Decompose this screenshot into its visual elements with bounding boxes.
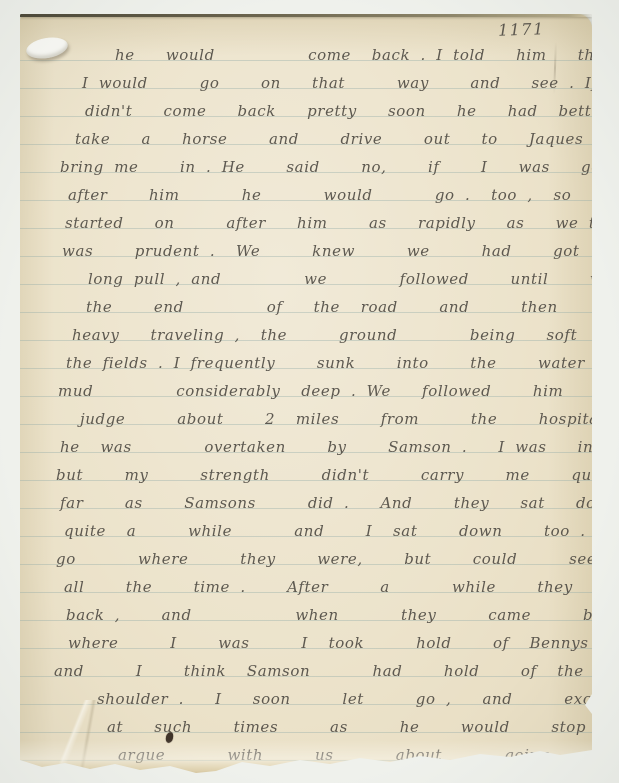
handwriting-line: the end of the road and then it was: [20, 293, 592, 321]
page-number: 1171: [498, 19, 545, 40]
handwriting-line: take a horse and drive out to Jaques and: [20, 125, 592, 153]
handwriting-line: started on after him as rapidly as we th…: [20, 209, 592, 237]
handwriting-line: where I was I took hold of Bennys should…: [20, 629, 592, 657]
handwriting-line: I would go on that way and see . If I: [20, 69, 592, 97]
handwriting-line: long pull , and we followed until we cam…: [20, 265, 592, 293]
handwritten-text-block: he would come back . I told him thatI wo…: [20, 41, 592, 769]
handwriting-line: judge about 2 miles from the hospital wh…: [20, 405, 592, 433]
handwriting-line: back , and when they came back: [20, 601, 592, 629]
handwriting-line: mud considerably deep . We followed him …: [20, 377, 592, 405]
torn-edge-highlight: [20, 740, 592, 774]
handwriting-line: far as Samsons did . And they sat down: [20, 489, 592, 517]
handwriting-line: he was overtaken by Samson . I was in si…: [20, 433, 592, 461]
handwriting-line: bring me in . He said no, if I was going: [20, 153, 592, 181]
handwriting-line: was prudent . We knew we had got quite a: [20, 237, 592, 265]
handwriting-line: quite a while and I sat down too . I did…: [20, 517, 592, 545]
scanned-document: 1171 he would come back . I told him tha…: [0, 0, 619, 783]
handwriting-line: he would come back . I told him that: [20, 41, 592, 69]
handwriting-line: go where they were, but could see them: [20, 545, 592, 573]
paper-top-edge: [20, 14, 592, 17]
handwriting-line: heavy traveling , the ground being soft …: [20, 321, 592, 349]
handwriting-line: all the time . After a while they starte…: [20, 573, 592, 601]
handwriting-line: and I think Samson had hold of the other: [20, 657, 592, 685]
handwriting-line: didn't come back pretty soon he had bett…: [20, 97, 592, 125]
manuscript-paper: 1171 he would come back . I told him tha…: [20, 14, 592, 779]
handwriting-line: but my strength didn't carry me quite so: [20, 461, 592, 489]
handwriting-line: the fields . I frequently sunk into the …: [20, 349, 592, 377]
handwriting-line: after him he would go . too , so we: [20, 181, 592, 209]
